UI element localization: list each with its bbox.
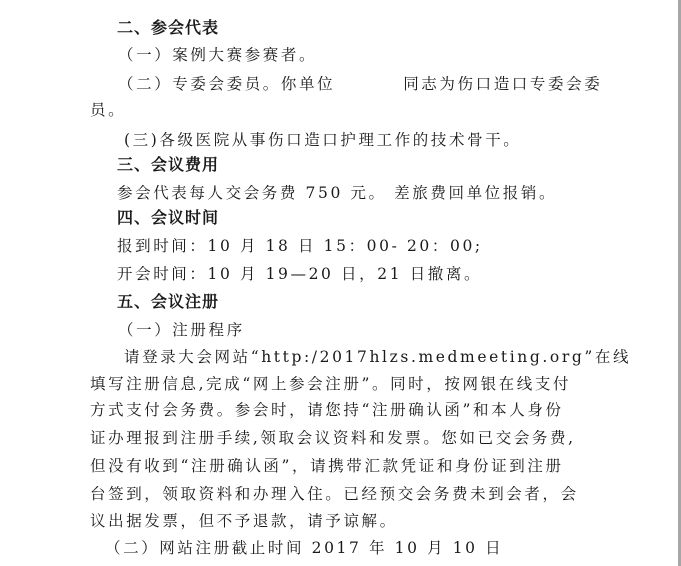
fee-text: 参会代表每人交会务费 750 元。 差旅费回单位报销。: [117, 183, 557, 203]
rep-item-3: (三)各级医院从事伤口造口护理工作的技术骨干。: [124, 130, 521, 150]
rep-item-2-part2: 同志为伤口造口专委会委: [403, 75, 602, 93]
reg-para-line-3: 方式支付会务费。参会时，请您持“注册确认函”和本人身份: [90, 400, 564, 420]
reg-para-line-7: 议出据发票，但不予退款，请予谅解。: [90, 511, 398, 531]
reg-para-line-5: 但没有收到“注册确认函”，请携带汇款凭证和身份证到注册: [90, 456, 564, 476]
section-heading-time: 四、会议时间: [117, 208, 219, 228]
reg-para-line-1: 请登录大会网站“http:/2017hlzs.medmeeting.org”在线: [124, 347, 631, 367]
document-page: 二、参会代表 （一）案例大赛参赛者。 （二）专委会委员。你单位同志为伤口造口专委…: [0, 0, 678, 566]
rep-item-1: （一）案例大赛参赛者。: [118, 45, 317, 65]
reg-item-2: （二）网站注册截止时间 2017 年 10 月 10 日: [105, 538, 503, 558]
section-heading-registration: 五、会议注册: [117, 292, 219, 312]
section-heading-fees: 三、会议费用: [117, 155, 219, 175]
meeting-time: 开会时间：10 月 19—20 日，21 日撤离。: [117, 264, 482, 284]
rep-item-2-part1: （二）专委会委员。你单位: [118, 75, 335, 93]
reg-item-1: （一）注册程序: [118, 320, 245, 340]
reg-para-line-6: 台签到，领取资料和办理入住。已经预交会务费未到会者，会: [90, 484, 579, 504]
reg-para-line-4: 证办理报到注册手续,领取会议资料和发票。您如已交会务费,: [90, 428, 576, 448]
section-heading-representatives: 二、参会代表: [117, 18, 219, 38]
rep-item-2-wrap: 员。: [90, 100, 126, 120]
reg-para-line-2: 填写注册信息,完成“网上参会注册”。同时，按网银在线支付: [90, 374, 571, 394]
rep-item-2: （二）专委会委员。你单位同志为伤口造口专委会委: [118, 74, 602, 94]
checkin-time: 报到时间：10 月 18 日 15：00- 20：00;: [117, 236, 483, 256]
